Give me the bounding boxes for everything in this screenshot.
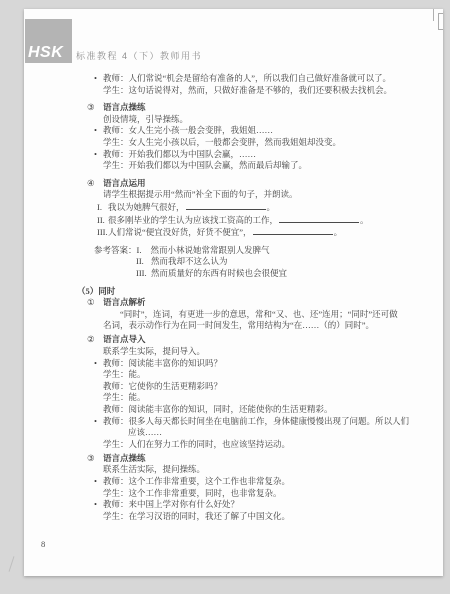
bullet-icon: • bbox=[94, 416, 103, 428]
line-marker: ③ bbox=[87, 453, 103, 465]
hsk-logo-text: HSK bbox=[25, 45, 63, 63]
content-line: •教师：很多人每天都长时间坐在电脑前工作，身体健康慢慢出现了问题。所以人们 bbox=[94, 416, 443, 428]
page-content: •教师：人们常说“机会是留给有准备的人”，所以我们自己做好准备就可以了。学生：这… bbox=[24, 73, 443, 522]
content-line: （5）同时 bbox=[77, 286, 443, 298]
line-text: 教师：女人生完小孩一般会变胖，我姐姐…… bbox=[103, 125, 273, 135]
line-text: 语言点解析 bbox=[103, 297, 146, 307]
line-text: 学生：能。 bbox=[103, 392, 146, 402]
line-marker: I. bbox=[137, 245, 151, 257]
line-text: 教师：开始我们都以为中国队会赢，…… bbox=[103, 149, 256, 159]
content-line: I.我以为她脾气很好，。 bbox=[97, 201, 443, 214]
line-text: （5）同时 bbox=[77, 286, 115, 296]
line-text: 教师：阅读能丰富你的知识吗？ bbox=[103, 358, 222, 368]
content-line: ③语言点操练 bbox=[87, 102, 443, 114]
content-line: 创设情境，引导操练。 bbox=[103, 114, 443, 126]
content-line: 教师：阅读能丰富你的知识，同时，还能使你的生活更精彩。 bbox=[103, 404, 443, 416]
line-text: 联系学生实际，提问导入。 bbox=[103, 346, 205, 356]
content-line: •教师：阅读能丰富你的知识吗？ bbox=[94, 358, 443, 370]
line-text: 然而小林说她常常跟别人发脾气 bbox=[151, 245, 270, 255]
bullet-icon: • bbox=[94, 358, 103, 370]
line-text: 教师：很多人每天都长时间坐在电脑前工作，身体健康慢慢出现了问题。所以人们 bbox=[103, 416, 409, 426]
line-marker: III. bbox=[136, 268, 151, 280]
bullet-icon: • bbox=[94, 73, 103, 85]
line-marker: ③ bbox=[87, 102, 103, 114]
content-line: 教师：它使你的生活更精彩吗？ bbox=[103, 381, 443, 393]
line-text: 语言点操练 bbox=[103, 102, 146, 112]
line-text: 创设情境，引导操练。 bbox=[103, 114, 188, 124]
line-marker: I. bbox=[97, 202, 108, 214]
corner-mark-box bbox=[438, 13, 443, 30]
content-line: 学生：开始我们都以为中国队会赢，然而最后却输了。 bbox=[103, 160, 443, 172]
line-text: 名词，表示动作行为在同一时间发生，常用结构为“在……（的）同时”。 bbox=[103, 320, 374, 330]
line-text: 学生：在学习汉语的同时，我还了解了中国文化。 bbox=[103, 511, 290, 521]
book-page: HSK 标准教程 4（下）教师用书 •教师：人们常说“机会是留给有准备的人”，所… bbox=[24, 9, 443, 576]
page-curl-mark bbox=[9, 556, 15, 572]
content-line: 学生：能。 bbox=[103, 369, 443, 381]
content-line: 请学生根据提示用“然而”补全下面的句子，并朗读。 bbox=[103, 189, 443, 201]
bullet-icon: • bbox=[94, 125, 103, 137]
fill-blank-underline bbox=[186, 201, 266, 210]
content-line: 应该…… bbox=[128, 427, 443, 439]
line-text: 学生：这句话说得对，然而，只做好准备是不够的，我们还要积极去找机会。 bbox=[103, 85, 392, 95]
line-tail: 。 bbox=[360, 215, 369, 225]
content-line: II.然而我却不这么认为 bbox=[136, 256, 443, 268]
content-line: 联系生活实际，提问操练。 bbox=[103, 464, 443, 476]
line-text: 然而我却不这么认为 bbox=[151, 256, 228, 266]
content-line: “同时”，连词，有更进一步的意思，常和“又、也、还”连用；“同时”还可做 bbox=[120, 309, 443, 321]
fill-blank-underline bbox=[279, 214, 359, 223]
content-line: 学生：这个工作非常重要，同时，也非常复杂。 bbox=[103, 488, 443, 500]
content-line: ②语言点导入 bbox=[87, 334, 443, 346]
page-header-title: 标准教程 4（下）教师用书 bbox=[76, 49, 202, 62]
line-marker: ② bbox=[87, 334, 103, 346]
content-line: 参考答案：I.然而小林说她常常跟别人发脾气 bbox=[94, 245, 443, 257]
answer-label: 参考答案： bbox=[94, 245, 137, 255]
line-marker: III. bbox=[97, 227, 108, 239]
scan-background: { "header": { "logo": "HSK", "title": "标… bbox=[0, 0, 450, 594]
line-text: 教师：这个工作非常重要，这个工作也非常复杂。 bbox=[103, 476, 290, 486]
content-line: II.很多刚毕业的学生认为应该找工资高的工作，。 bbox=[97, 214, 443, 227]
line-text: 应该…… bbox=[128, 427, 162, 437]
content-line: 联系学生实际，提问导入。 bbox=[103, 346, 443, 358]
line-text: “同时”，连词，有更进一步的意思，常和“又、也、还”连用；“同时”还可做 bbox=[120, 309, 398, 319]
content-line: ③语言点操练 bbox=[87, 453, 443, 465]
line-marker: ④ bbox=[87, 178, 103, 190]
content-line: •教师：人们常说“机会是留给有准备的人”，所以我们自己做好准备就可以了。 bbox=[94, 73, 443, 85]
hsk-logo: HSK bbox=[25, 19, 72, 63]
bullet-icon: • bbox=[94, 149, 103, 161]
line-text: 学生：开始我们都以为中国队会赢，然而最后却输了。 bbox=[103, 160, 307, 170]
line-text: 请学生根据提示用“然而”补全下面的句子，并朗读。 bbox=[103, 189, 298, 199]
line-text: 很多刚毕业的学生认为应该找工资高的工作， bbox=[108, 215, 278, 225]
content-line: 学生：女人生完小孩以后，一般都会变胖，然而我姐姐却没变。 bbox=[103, 137, 443, 149]
content-line: III.人们常说“便宜没好货，好货不便宜”，。 bbox=[97, 226, 443, 239]
line-text: 人们常说“便宜没好货，好货不便宜”， bbox=[108, 227, 252, 237]
line-text: 教师：它使你的生活更精彩吗？ bbox=[103, 381, 222, 391]
line-text: 学生：人们在努力工作的同时，也应该坚持运动。 bbox=[103, 439, 290, 449]
content-line: ①语言点解析 bbox=[87, 297, 443, 309]
line-text: 学生：女人生完小孩以后，一般都会变胖，然而我姐姐却没变。 bbox=[103, 137, 341, 147]
bullet-icon: • bbox=[94, 499, 103, 511]
content-line: 学生：这句话说得对，然而，只做好准备是不够的，我们还要积极去找机会。 bbox=[103, 85, 443, 97]
line-marker: II. bbox=[97, 215, 108, 227]
line-marker: ① bbox=[87, 297, 103, 309]
line-tail: 。 bbox=[334, 227, 343, 237]
content-line: 学生：能。 bbox=[103, 392, 443, 404]
content-line: ④语言点运用 bbox=[87, 178, 443, 190]
line-text: 语言点操练 bbox=[103, 453, 146, 463]
line-text: 学生：这个工作非常重要，同时，也非常复杂。 bbox=[103, 488, 282, 498]
line-text: 语言点运用 bbox=[103, 178, 146, 188]
content-line: •教师：开始我们都以为中国队会赢，…… bbox=[94, 149, 443, 161]
content-line: 学生：人们在努力工作的同时，也应该坚持运动。 bbox=[103, 439, 443, 451]
content-line: 名词，表示动作行为在同一时间发生，常用结构为“在……（的）同时”。 bbox=[103, 320, 443, 332]
line-text: 教师：阅读能丰富你的知识，同时，还能使你的生活更精彩。 bbox=[103, 404, 333, 414]
page-number: 8 bbox=[41, 539, 45, 549]
line-text: 教师：人们常说“机会是留给有准备的人”，所以我们自己做好准备就可以了。 bbox=[103, 73, 391, 83]
content-line: •教师：这个工作非常重要，这个工作也非常复杂。 bbox=[94, 476, 443, 488]
content-line: •教师：女人生完小孩一般会变胖，我姐姐…… bbox=[94, 125, 443, 137]
fill-blank-underline bbox=[253, 226, 333, 235]
corner-mark-line bbox=[433, 9, 434, 21]
line-tail: 。 bbox=[267, 202, 276, 212]
line-text: 教师：来中国上学对你有什么好处？ bbox=[103, 499, 239, 509]
line-text: 学生：能。 bbox=[103, 369, 146, 379]
line-text: 然而质量好的东西有时候也会很便宜 bbox=[151, 268, 287, 278]
content-line: •教师：来中国上学对你有什么好处？ bbox=[94, 499, 443, 511]
line-text: 语言点导入 bbox=[103, 334, 146, 344]
content-line: III.然而质量好的东西有时候也会很便宜 bbox=[136, 268, 443, 280]
bullet-icon: • bbox=[94, 476, 103, 488]
line-text: 我以为她脾气很好， bbox=[108, 202, 185, 212]
content-line: 学生：在学习汉语的同时，我还了解了中国文化。 bbox=[103, 511, 443, 523]
line-marker: II. bbox=[136, 256, 151, 268]
line-text: 联系生活实际，提问操练。 bbox=[103, 464, 205, 474]
